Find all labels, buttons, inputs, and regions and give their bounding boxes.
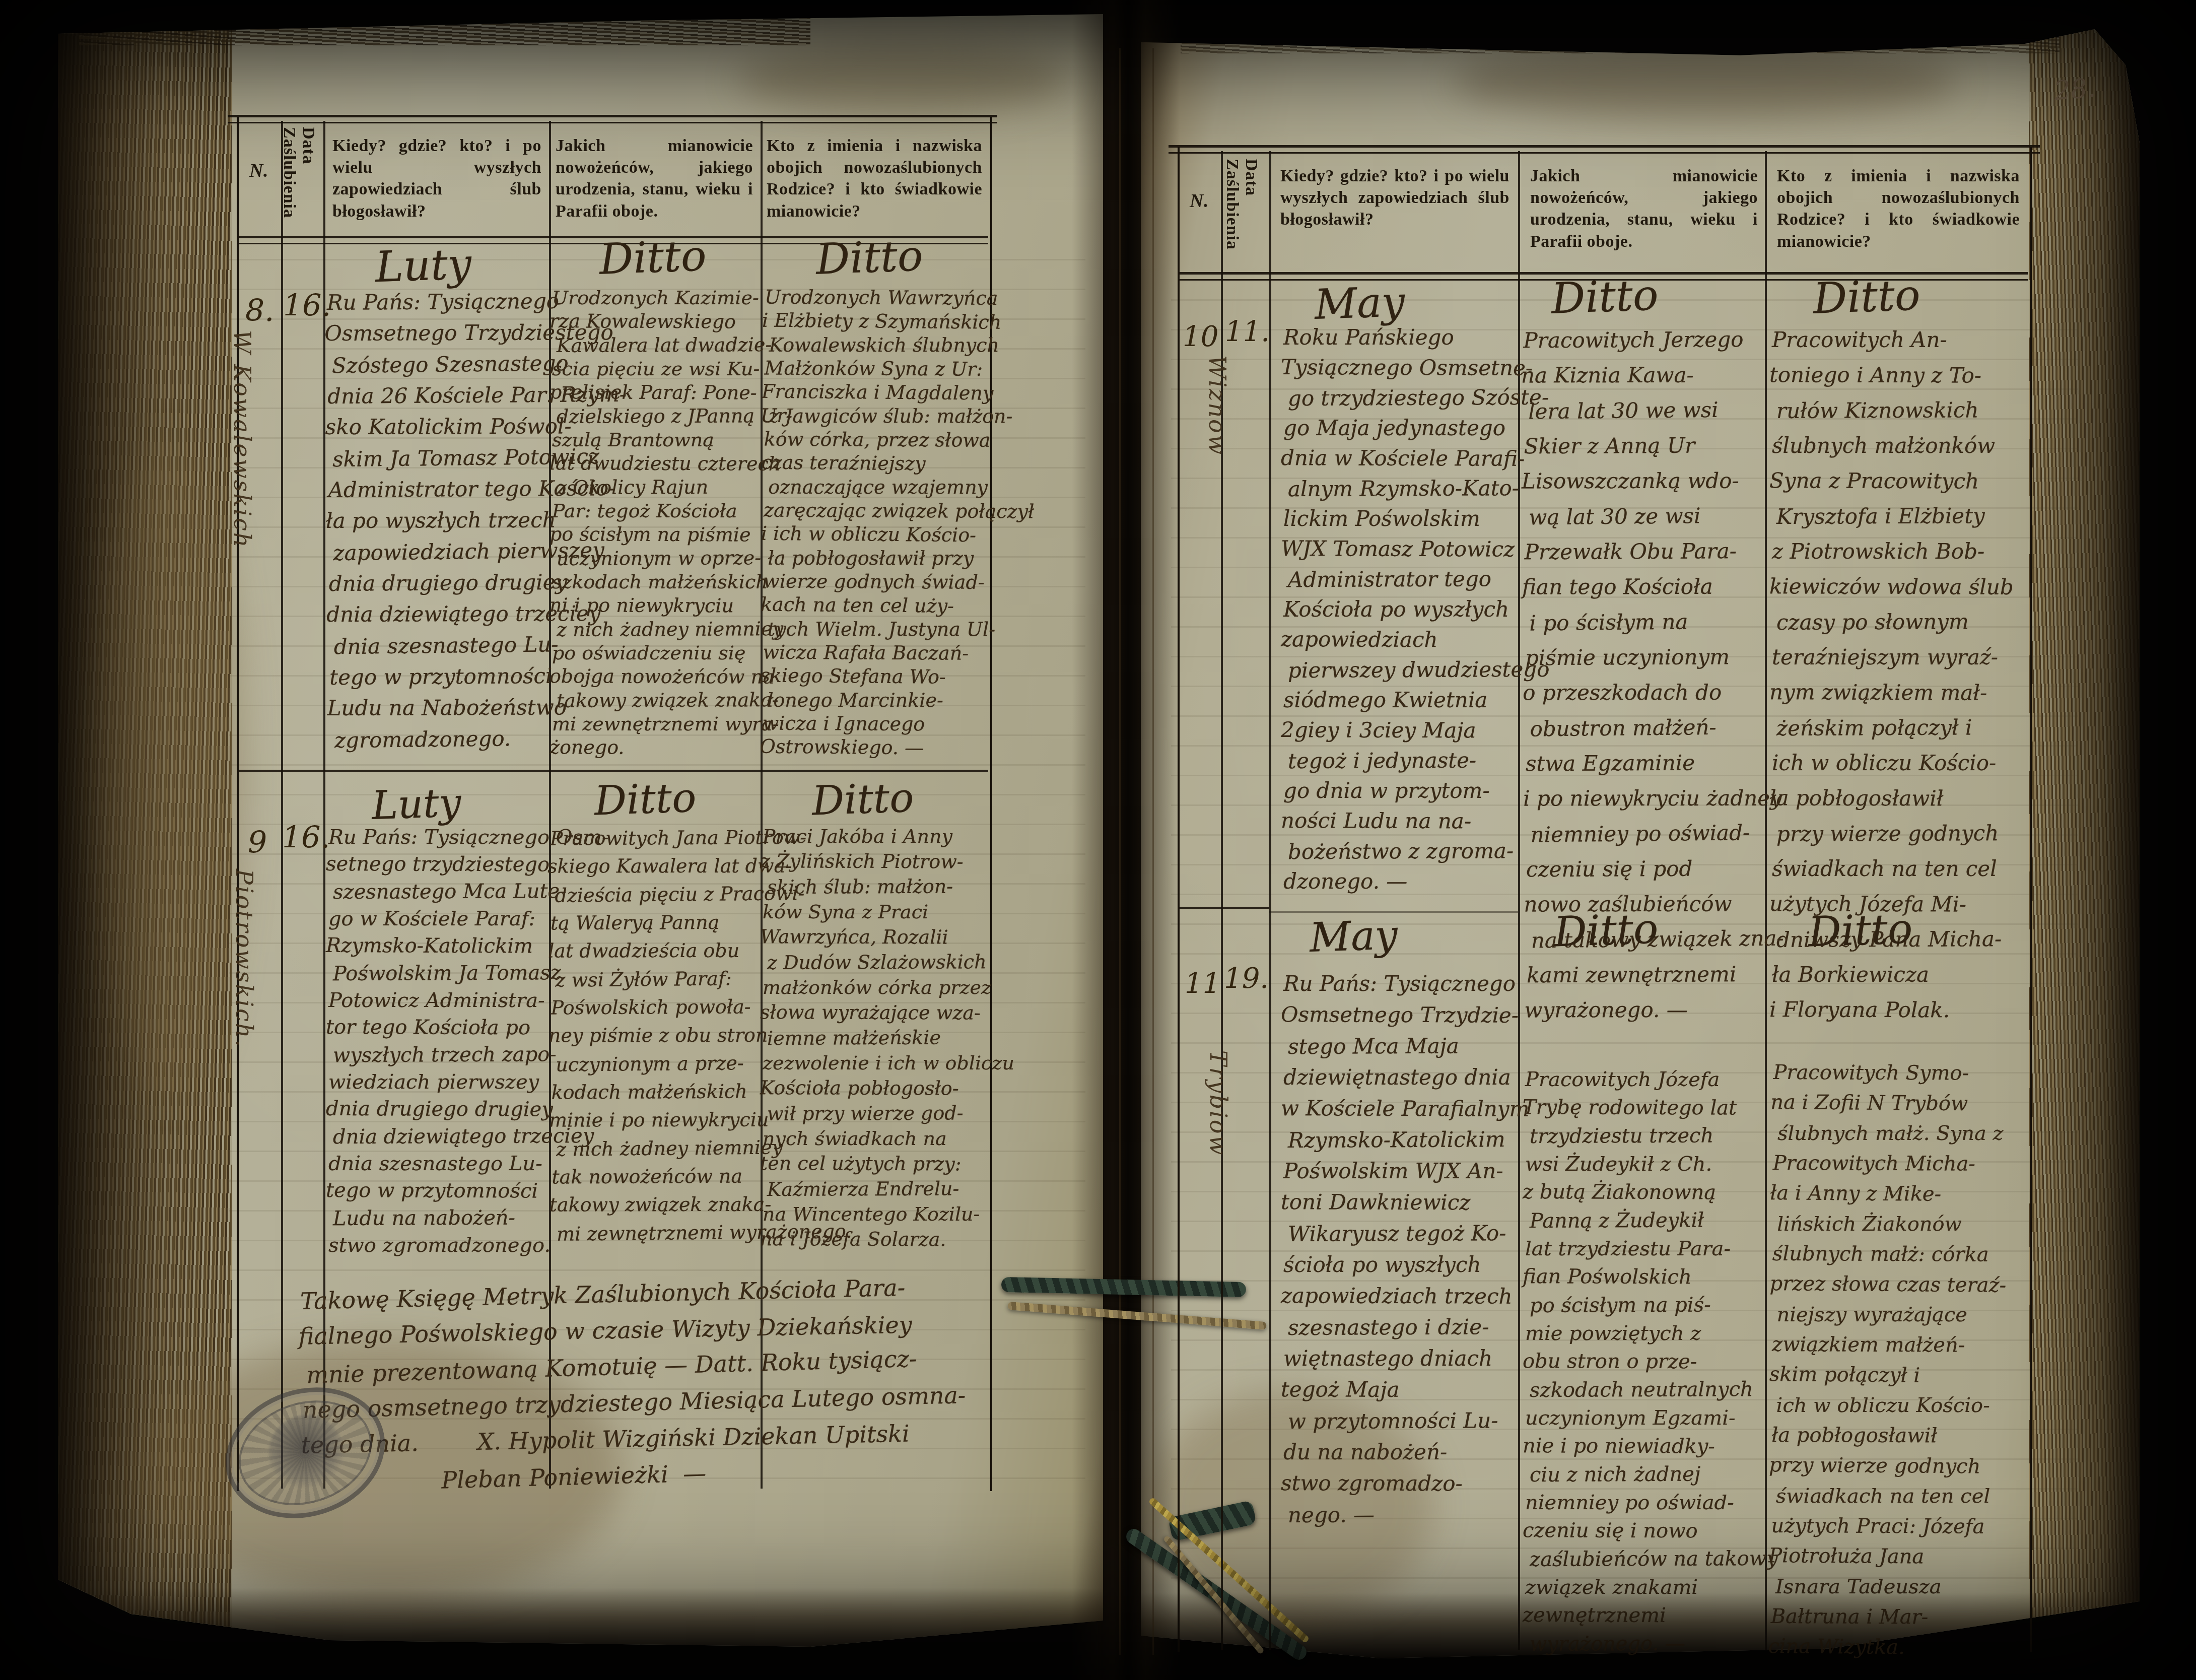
entry-8-witnesses-text: Urodzonych Wawrzyńcai Elżbiety z Szymańs… <box>763 286 1036 761</box>
entry-10-ditto-couple: Ditto <box>1550 270 1659 323</box>
header-col-when: Kiedy? gdzie? kto? i po wielu wyszłych z… <box>332 135 541 222</box>
right-page-edge-stack <box>2029 29 2140 1658</box>
dean-attestation-note: Takowę Księgę Metryk Zaślubionych Kościo… <box>300 1268 968 1501</box>
header-col-parents: Kto z imienia i nazwiska obojich nowozaś… <box>767 135 982 222</box>
folio-page-number: 28. <box>2053 73 2097 107</box>
entry-11-month: May <box>1309 911 1398 961</box>
entry-10-when-text: Roku PańskiegoTysiącznego Osmsetne-go tr… <box>1283 322 1545 897</box>
entry-10-margin-note: Wiznow <box>1204 355 1231 456</box>
entry-9-ditto-parents: Ditto <box>811 774 914 825</box>
header-col-parents: Kto z imienia i nazwiska obojich nowozaś… <box>1777 165 2020 252</box>
gutter-fold-line <box>1152 48 1154 1655</box>
entry-8-ditto-couple: Ditto <box>598 231 707 284</box>
header-col-date: Data Zaślubienia <box>1223 159 1261 272</box>
header-col-n: N. <box>1178 189 1221 213</box>
entry-11-ditto-parents: Ditto <box>1807 905 1913 956</box>
entry-9-number: 9 <box>248 825 267 860</box>
header-col-n: N. <box>237 159 281 183</box>
right-table-top-rule <box>1169 145 2040 154</box>
entry-10-date: 11. <box>1225 315 1270 348</box>
entry-10-number: 10 <box>1183 320 1218 353</box>
entry-8-ditto-parents: Ditto <box>815 231 924 284</box>
entry-8-month: Luty <box>374 239 472 292</box>
entry-11-witnesses-text: Pracowitych Symo-na i Zofii N Trybówślub… <box>1770 1057 2010 1663</box>
entry-11-number: 11 <box>1185 967 1220 1000</box>
entry-9-witnesses-text: Praci Jakóba i Annyz Żylińskich Piotrow-… <box>763 824 1014 1252</box>
header-col-couple: Jakich mianowicie nowożeńców, jakiego ur… <box>1530 165 1758 252</box>
header-col-when: Kiedy? gdzie? kto? i po wielu wyszłych z… <box>1280 165 1509 231</box>
entry-11-couple-text: Pracowitych JózefaTrybę rodowitego lattr… <box>1525 1065 1773 1658</box>
left-table-top-rule <box>228 115 997 123</box>
entry-10-ditto-parents: Ditto <box>1812 270 1921 323</box>
left-page-bottom-edge <box>58 1588 1103 1653</box>
entry-8-date: 16. <box>283 288 331 323</box>
left-col-line <box>281 121 283 1489</box>
entry-9-month: Luty <box>371 780 461 829</box>
left-entry-separator <box>237 770 988 772</box>
left-page-top-edge <box>79 14 811 45</box>
right-page-top-edge <box>1181 29 2060 53</box>
entry-11-ditto-couple: Ditto <box>1553 905 1659 956</box>
entry-8-margin-note: W Kowalewskich <box>229 330 256 549</box>
paper-stain <box>738 44 1065 115</box>
book-gutter <box>1072 0 1180 1680</box>
entry-11-date: 19. <box>1224 962 1269 995</box>
entry-9-margin-note: Piotrowskich. <box>231 869 258 1048</box>
scanned-register-spread: 28. N. Data Zaślubienia Kiedy? gdzie? kt… <box>0 0 2196 1680</box>
paper-stain <box>1453 44 1957 120</box>
entry-9-ditto-couple: Ditto <box>593 774 697 825</box>
entry-11-when-text: Ru Pańs: TysiącznegoOsmsetnego Trzydzie-… <box>1283 968 1532 1530</box>
gutter-fold-line <box>1119 48 1121 1655</box>
entry-8-couple-text: Urodzonych Kazimie-rza KowalewskiegoKawa… <box>552 286 788 760</box>
header-col-couple: Jakich mianowicie nowożeńców, jakiego ur… <box>556 135 753 222</box>
header-col-date: Data Zaślubienia <box>280 127 318 240</box>
entry-8-number: 8. <box>245 293 274 328</box>
entry-11-margin-note: Trybiow <box>1205 1050 1232 1157</box>
entry-9-date: 16. <box>282 820 330 855</box>
entry-10-month: May <box>1314 278 1405 329</box>
right-entry-separator <box>1178 907 1269 909</box>
left-page-edge-stack <box>58 14 232 1653</box>
right-col-line <box>1269 151 1271 1650</box>
